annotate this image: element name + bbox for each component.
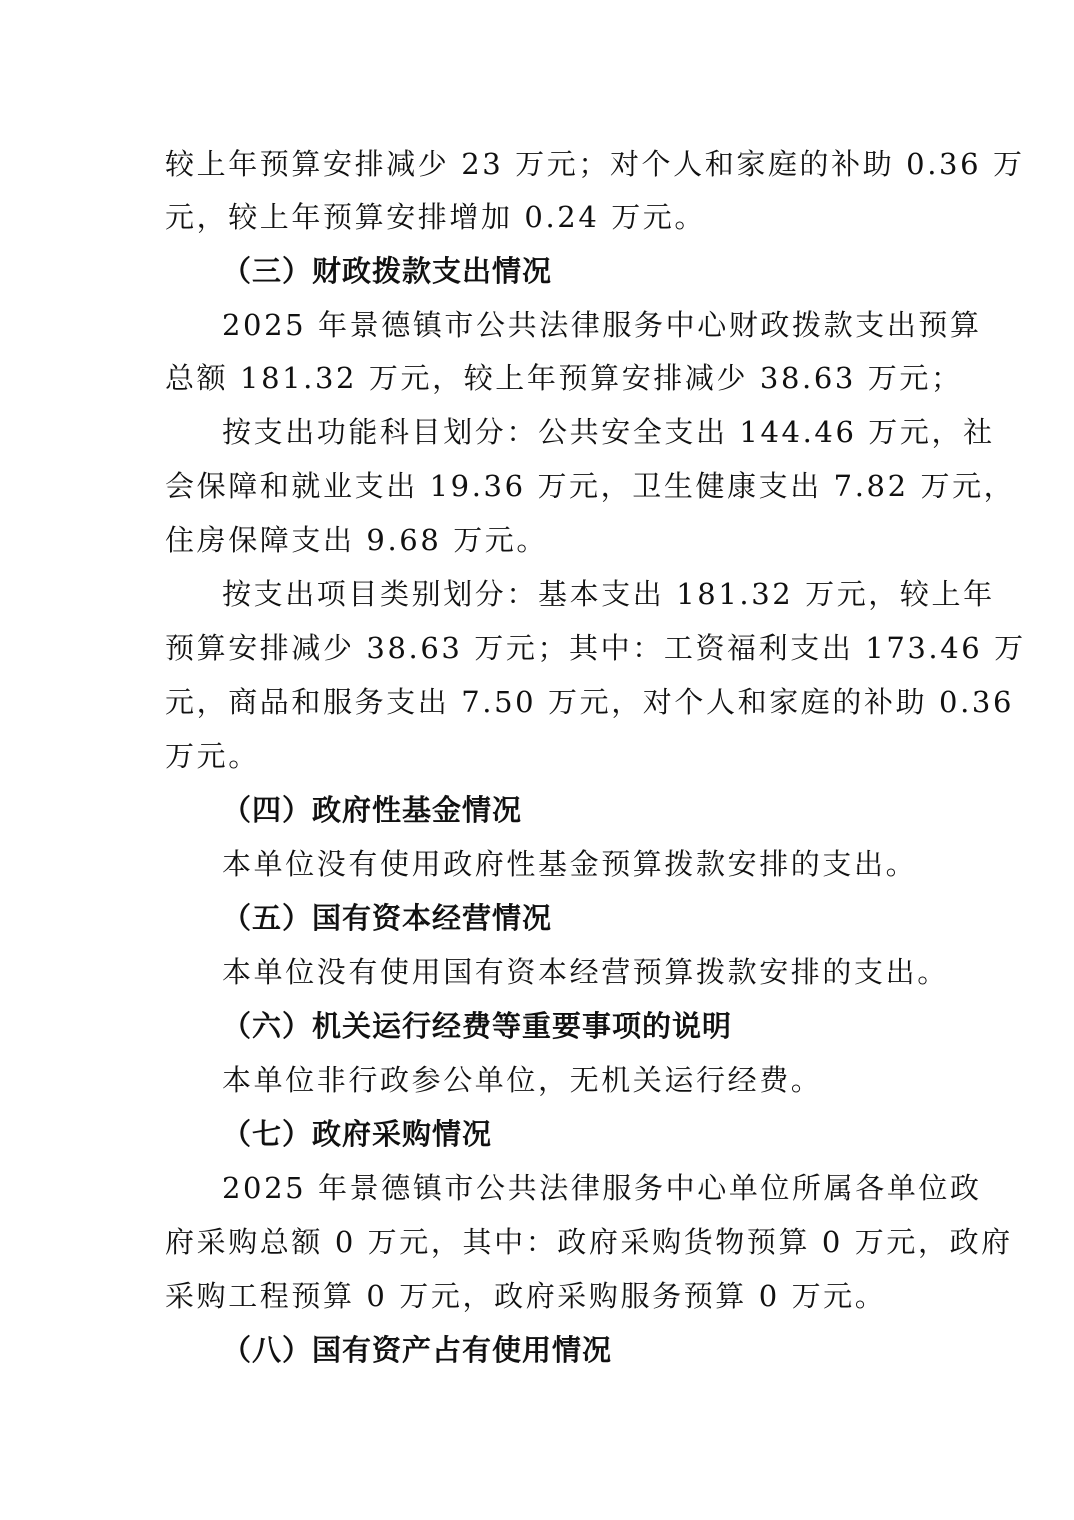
body-line: 元，较上年预算安排增加 0.24 万元。 [165, 197, 706, 237]
paragraph-first-line: 本单位没有使用国有资本经营预算拨款安排的支出。 [222, 952, 949, 992]
section-heading-7: （七）政府采购情况 [222, 1114, 492, 1154]
section-heading-8: （八）国有资产占有使用情况 [222, 1330, 612, 1370]
body-line: 总额 181.32 万元，较上年预算安排减少 38.63 万元； [165, 358, 963, 398]
section-heading-4: （四）政府性基金情况 [222, 790, 522, 830]
body-line: 万元。 [165, 736, 260, 776]
body-line: 府采购总额 0 万元，其中：政府采购货物预算 0 万元，政府 [165, 1222, 1013, 1262]
paragraph-first-line: 本单位非行政参公单位，无机关运行经费。 [222, 1060, 822, 1100]
body-line: 住房保障支出 9.68 万元。 [165, 520, 548, 560]
body-line: 元，商品和服务支出 7.50 万元，对个人和家庭的补助 0.36 [165, 682, 1014, 722]
paragraph-first-line: 按支出功能科目划分：公共安全支出 144.46 万元，社 [222, 412, 995, 452]
body-line: 会保障和就业支出 19.36 万元，卫生健康支出 7.82 万元， [165, 466, 1015, 506]
section-heading-6: （六）机关运行经费等重要事项的说明 [222, 1006, 732, 1046]
paragraph-first-line: 本单位没有使用政府性基金预算拨款安排的支出。 [222, 844, 917, 884]
paragraph-first-line: 按支出项目类别划分：基本支出 181.32 万元，较上年 [222, 574, 995, 614]
section-heading-5: （五）国有资本经营情况 [222, 898, 552, 938]
section-heading-3: （三）财政拨款支出情况 [222, 251, 552, 291]
paragraph-first-line: 2025 年景德镇市公共法律服务中心财政拨款支出预算 [222, 305, 982, 345]
body-line: 较上年预算安排减少 23 万元；对个人和家庭的补助 0.36 万 [165, 144, 1025, 184]
body-line: 采购工程预算 0 万元，政府采购服务预算 0 万元。 [165, 1276, 886, 1316]
body-line: 预算安排减少 38.63 万元；其中：工资福利支出 173.46 万 [165, 628, 1026, 668]
document-page: 较上年预算安排减少 23 万元；对个人和家庭的补助 0.36 万 元，较上年预算… [0, 0, 1074, 1520]
paragraph-first-line: 2025 年景德镇市公共法律服务中心单位所属各单位政 [222, 1168, 982, 1208]
